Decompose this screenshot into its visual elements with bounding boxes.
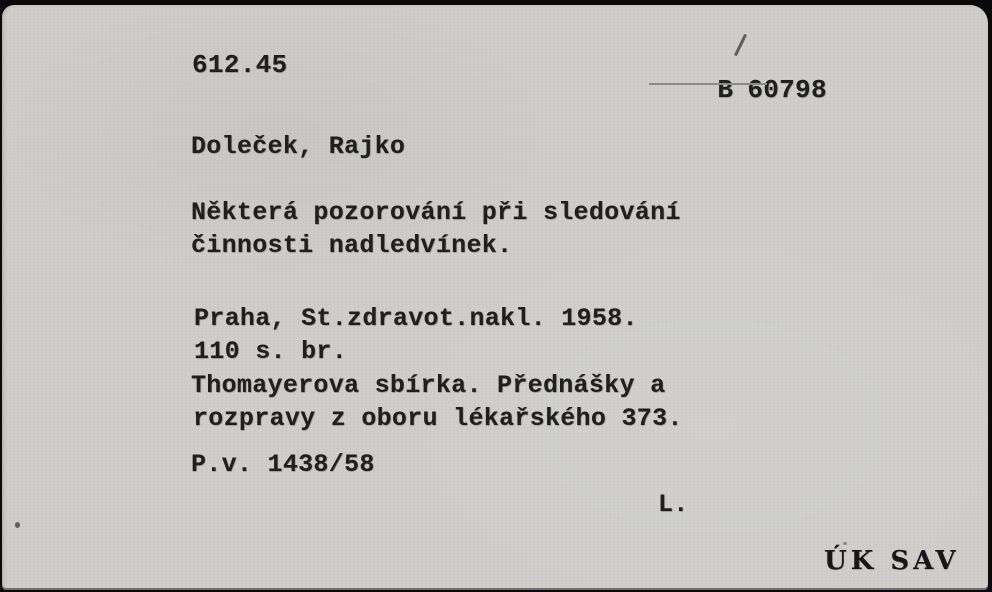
catalog-card: 612.45 B60798 Doleček, Rajko Některá poz… [2,5,988,590]
author-heading: Doleček, Rajko [191,133,405,161]
call-number-underline [649,83,767,85]
call-number-value: 60798 [747,75,827,105]
classification-number: 612.45 [192,51,287,80]
series-statement-line-2: rozpravy z oboru lékařského 373. [193,405,683,433]
call-number: B60798 [622,47,827,133]
ink-artifact [843,542,847,545]
cataloguer-initial: L. [658,491,689,519]
call-number-prefix: B [717,75,733,105]
imprint-place-publisher-year: Praha, St.zdravot.nakl. 1958. [194,305,638,333]
ink-artifact [15,522,20,528]
series-statement-line-1: Thomayerova sbírka. Přednášky a [191,372,665,400]
library-stamp: ÚK SAV [824,546,960,576]
title-line-1: Některá pozorování při sledování [191,199,681,227]
accession-number: P.v. 1438/58 [191,451,375,479]
scan-background: 612.45 B60798 Doleček, Rajko Některá poz… [0,0,992,592]
imprint-collation: 110 s. br. [194,338,347,366]
title-line-2: činnosti nadledvínek. [191,232,512,260]
